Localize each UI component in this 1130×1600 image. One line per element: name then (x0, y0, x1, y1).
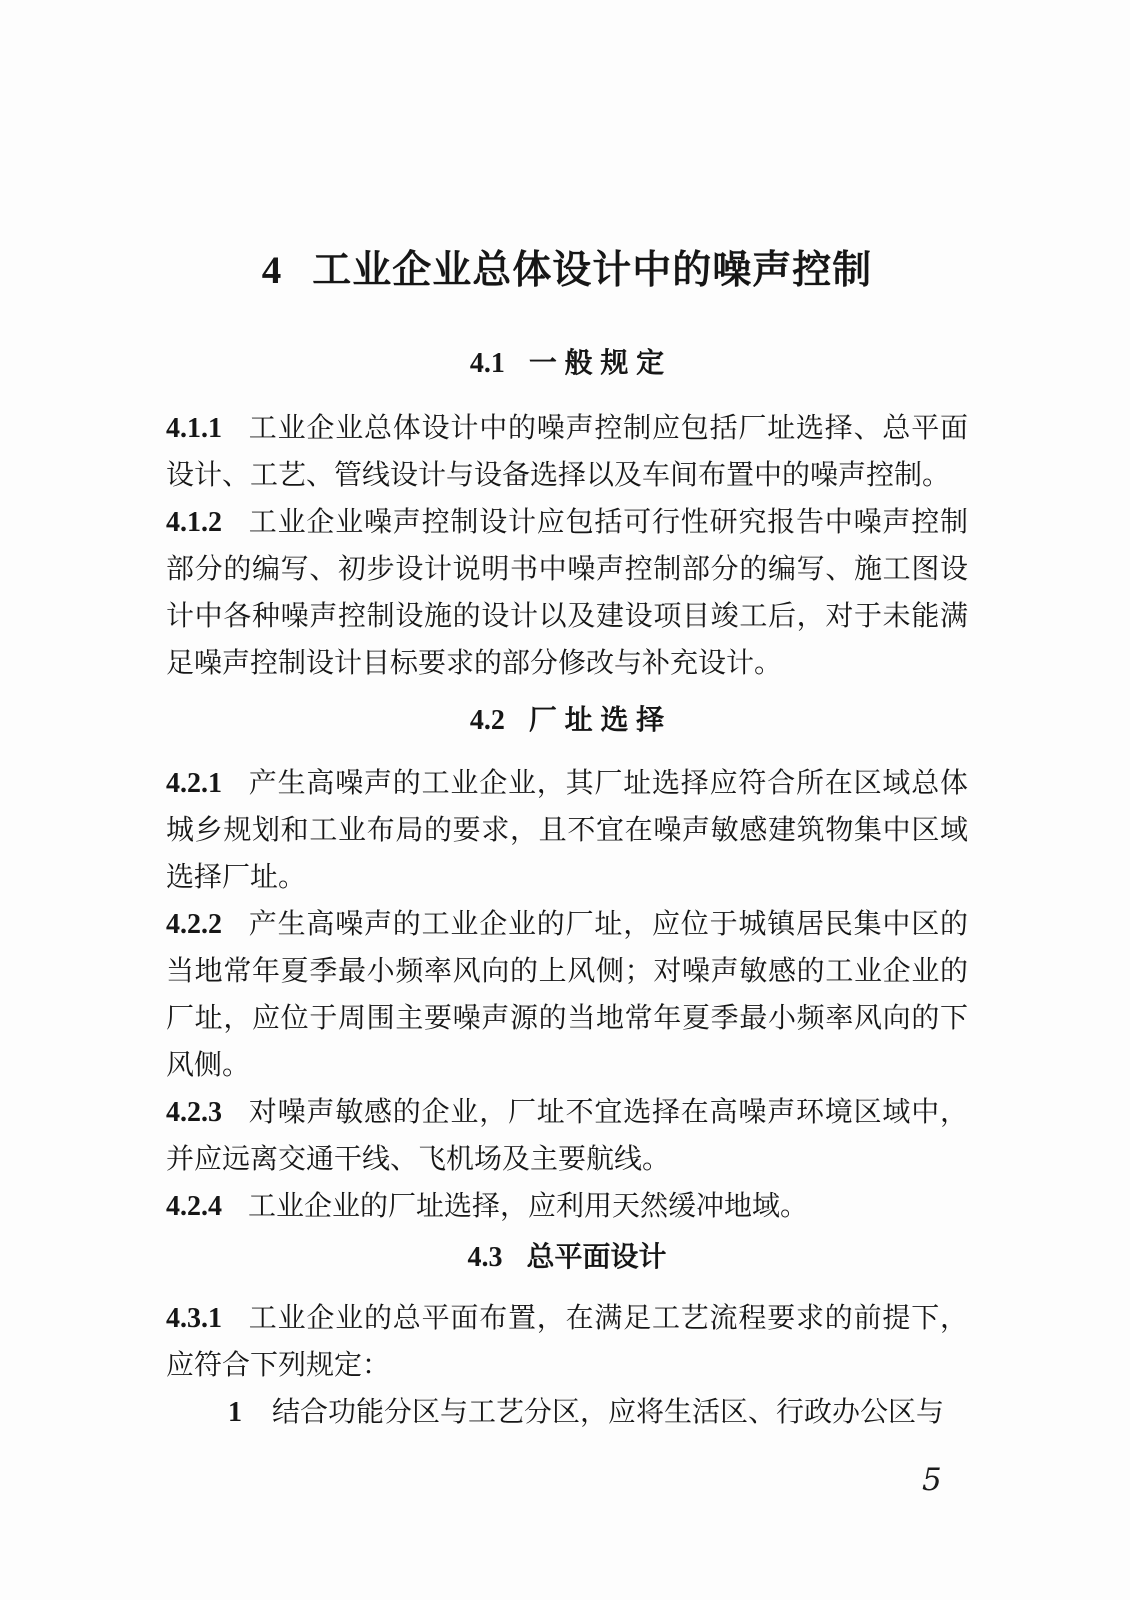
document-page: 4工业企业总体设计中的噪声控制 4.1一 般 规 定 4.1.1工业企业总体设计… (0, 0, 1130, 1600)
section-number: 4.2 (470, 705, 505, 736)
chapter-title: 工业企业总体设计中的噪声控制 (312, 249, 872, 292)
chapter-heading: 4工业企业总体设计中的噪声控制 (166, 248, 968, 294)
clause-text: 工业企业的总平面布置，在满足工艺流程要求的前提下，应符合下列规定： (166, 1303, 968, 1381)
section-number: 4.1 (470, 348, 505, 379)
page-content: 4工业企业总体设计中的噪声控制 4.1一 般 规 定 4.1.1工业企业总体设计… (166, 0, 968, 1436)
clause-4-3-1: 4.3.1工业企业的总平面布置，在满足工艺流程要求的前提下，应符合下列规定： (166, 1295, 968, 1389)
clause-number: 4.1.2 (166, 507, 222, 538)
clause-number: 4.2.1 (166, 768, 222, 799)
section-heading-4-2: 4.2厂 址 选 择 (166, 703, 968, 738)
clause-number: 4.1.1 (166, 413, 222, 444)
clause-4-2-3: 4.2.3对噪声敏感的企业，厂址不宜选择在高噪声环境区域中，并应远离交通干线、飞… (166, 1089, 968, 1183)
clause-number: 4.3.1 (166, 1303, 222, 1334)
chapter-number: 4 (262, 249, 283, 292)
list-item-1: 1结合功能分区与工艺分区，应将生活区、行政办公区与 (166, 1389, 968, 1436)
page-number: 5 (922, 1462, 942, 1498)
section-title: 总平面设计 (526, 1241, 666, 1272)
section-title: 一 般 规 定 (529, 347, 664, 378)
section-heading-4-1: 4.1一 般 规 定 (166, 346, 968, 381)
clause-4-1-2: 4.1.2工业企业噪声控制设计应包括可行性研究报告中噪声控制部分的编写、初步设计… (166, 499, 968, 687)
clause-text: 工业企业总体设计中的噪声控制应包括厂址选择、总平面设计、工艺、管线设计与设备选择… (166, 413, 968, 491)
section-title: 厂 址 选 择 (529, 704, 664, 735)
clause-4-2-1: 4.2.1产生高噪声的工业企业，其厂址选择应符合所在区域总体城乡规划和工业布局的… (166, 760, 968, 901)
list-item-number: 1 (228, 1397, 242, 1428)
clause-4-2-2: 4.2.2产生高噪声的工业企业的厂址，应位于城镇居民集中区的当地常年夏季最小频率… (166, 901, 968, 1089)
clause-4-2-4: 4.2.4工业企业的厂址选择，应利用天然缓冲地域。 (166, 1183, 968, 1230)
clause-text: 工业企业的厂址选择，应利用天然缓冲地域。 (248, 1191, 808, 1222)
clause-text: 产生高噪声的工业企业的厂址，应位于城镇居民集中区的当地常年夏季最小频率风向的上风… (166, 909, 968, 1081)
clause-number: 4.2.3 (166, 1097, 222, 1128)
clause-4-1-1: 4.1.1工业企业总体设计中的噪声控制应包括厂址选择、总平面设计、工艺、管线设计… (166, 405, 968, 499)
clause-text: 产生高噪声的工业企业，其厂址选择应符合所在区域总体城乡规划和工业布局的要求，且不… (166, 768, 968, 893)
clause-text: 工业企业噪声控制设计应包括可行性研究报告中噪声控制部分的编写、初步设计说明书中噪… (166, 507, 968, 679)
clause-number: 4.2.4 (166, 1191, 222, 1222)
clause-number: 4.2.2 (166, 909, 222, 940)
list-item-text: 结合功能分区与工艺分区，应将生活区、行政办公区与 (272, 1397, 944, 1428)
clause-text: 对噪声敏感的企业，厂址不宜选择在高噪声环境区域中，并应远离交通干线、飞机场及主要… (166, 1097, 968, 1175)
section-number: 4.3 (467, 1242, 502, 1273)
section-heading-4-3: 4.3总平面设计 (166, 1240, 968, 1275)
